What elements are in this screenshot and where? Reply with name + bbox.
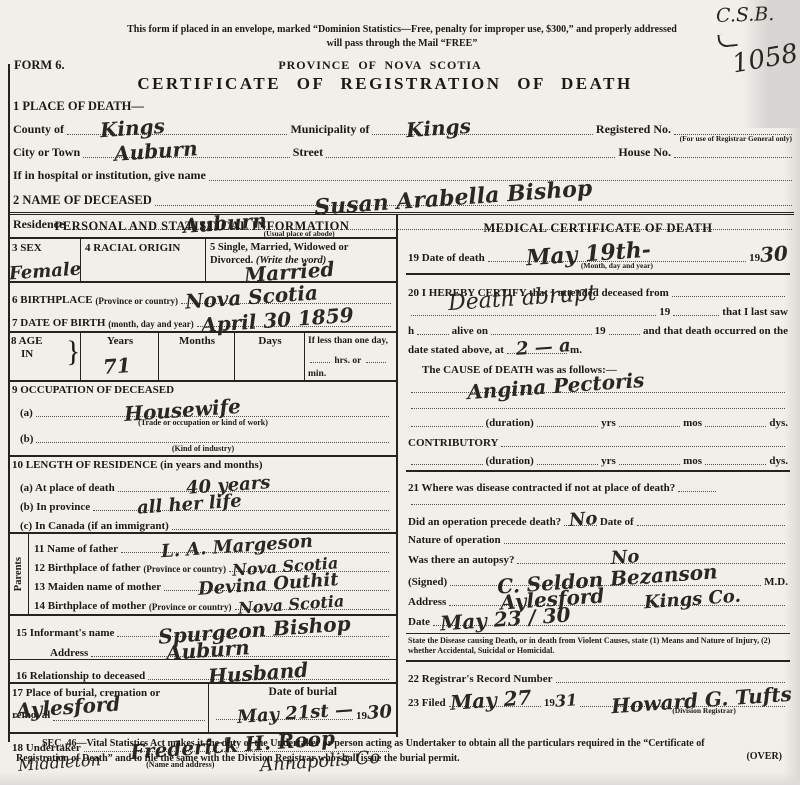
filed-year-prefix: 19 bbox=[544, 697, 555, 709]
burial-date-value: May 21st — bbox=[236, 701, 353, 727]
relationship-block: 16 Relationship to deceased Husband bbox=[8, 660, 396, 684]
racial-origin-cell: 4 RACIAL ORIGIN bbox=[81, 239, 206, 281]
certify-line4: date stated above, at 2 — a m. bbox=[406, 337, 790, 356]
burial-date-label: Date of burial bbox=[213, 686, 392, 698]
residence-b-row: (b) In province all her life bbox=[12, 494, 394, 513]
residence-b-label: (b) In province bbox=[20, 501, 90, 513]
personal-section: PERSONAL AND STATISTICAL INFORMATION 3 S… bbox=[8, 215, 398, 737]
occupation-block: 9 OCCUPATION OF DECEASED (a) Housewife (… bbox=[8, 382, 396, 457]
certify-from-field bbox=[672, 296, 785, 297]
street-label: Street bbox=[293, 145, 323, 160]
registered-no-note: (For use of Registrar General only) bbox=[680, 134, 792, 143]
age-months-label: Months bbox=[179, 335, 215, 347]
informant-row: 15 Informant's name Spurgeon Bishop bbox=[12, 618, 394, 639]
age-box: 8 AGE IN } Years 71 Months Days If less … bbox=[8, 331, 396, 382]
mother-label: 13 Maiden name of mother bbox=[34, 581, 161, 593]
duration-label-1: (duration) bbox=[486, 417, 534, 429]
age-less-label: If less than one day, bbox=[308, 335, 394, 347]
mother-field: Devina Outhit bbox=[164, 590, 389, 591]
operation-date-label: Date of bbox=[600, 516, 634, 528]
father-birthplace-label: 12 Birthplace of father bbox=[34, 562, 141, 574]
registered-no-label: Registered No. bbox=[596, 122, 671, 137]
parents-label: Parents bbox=[13, 557, 24, 591]
document-title: CERTIFICATE OF REGISTRATION OF DEATH bbox=[0, 74, 770, 94]
sex-label: 3 SEX bbox=[12, 242, 42, 254]
division-registrar-note: (Division Registrar) bbox=[672, 706, 736, 715]
nature-label: Nature of operation bbox=[408, 534, 501, 546]
duration-label-2: (duration) bbox=[486, 455, 534, 467]
occupation-a-field: Housewife bbox=[36, 416, 389, 417]
place-of-death-label: 1 PLACE OF DEATH— bbox=[13, 99, 144, 114]
deceased-name-field: Susan Arabella Bishop bbox=[155, 205, 792, 206]
date-of-death-field: May 19th- (Month, day and year) bbox=[488, 261, 746, 262]
physician-address-row: Address Aylesford Kings Co. bbox=[406, 588, 790, 608]
duration-row-2: (duration) yrs mos dys. bbox=[406, 449, 790, 467]
mother-birthplace-label: 14 Birthplace of mother bbox=[34, 600, 146, 612]
date-of-death-label: 19 Date of death bbox=[408, 252, 485, 264]
relationship-value: Husband bbox=[208, 660, 309, 687]
informant-address-field: Auburn bbox=[91, 656, 389, 657]
violent-death-note: State the Disease causing Death, or in d… bbox=[406, 633, 790, 662]
duration-dys-field-2 bbox=[705, 464, 766, 465]
physician-address-label: Address bbox=[408, 596, 446, 608]
mos-label-1: mos bbox=[683, 417, 702, 429]
dys-label-2: dys. bbox=[769, 455, 788, 467]
length-of-residence-block: 10 LENGTH OF RESIDENCE (in years and mon… bbox=[8, 457, 396, 534]
death-certificate-document: C.S.B. 1058 This form if placed in an en… bbox=[0, 0, 800, 785]
occupation-a-row: (a) Housewife bbox=[12, 400, 394, 419]
age-brace: } bbox=[63, 333, 80, 380]
age-label: 8 AGE bbox=[11, 335, 61, 348]
informant-block: 15 Informant's name Spurgeon Bishop Addr… bbox=[8, 616, 396, 660]
residence-c-field bbox=[172, 529, 389, 530]
burial-block: 17 Place of burial, cremation or removal… bbox=[8, 684, 396, 734]
date-of-death-note: (Month, day and year) bbox=[581, 261, 653, 270]
age-label-cell: 8 AGE IN bbox=[8, 333, 63, 380]
footer-note: (OVER) SEC. 46—Vital Statistics Act make… bbox=[16, 737, 782, 766]
sec46-text: SEC. 46—Vital Statistics Act makes it th… bbox=[16, 737, 782, 766]
duration-yrs-field-1 bbox=[537, 426, 598, 427]
filed-date-value: May 27 bbox=[450, 687, 533, 713]
dys-label-1: dys. bbox=[769, 417, 788, 429]
certify-year3: 19 bbox=[595, 325, 606, 337]
occupation-b-field bbox=[36, 442, 389, 443]
envelope-note: This form if placed in an envelope, mark… bbox=[88, 23, 716, 50]
marginalia-initials: C.S.B. bbox=[716, 5, 775, 26]
father-row: 11 Name of father L. A. Margeson bbox=[34, 536, 394, 555]
dob-label: 7 DATE OF BIRTH bbox=[12, 317, 105, 329]
municipality-label: Municipality of bbox=[290, 122, 369, 137]
autopsy-label: Was there an autopsy? bbox=[408, 554, 514, 566]
form-body: PERSONAL AND STATISTICAL INFORMATION 3 S… bbox=[8, 212, 794, 737]
time-value: 2 — a bbox=[515, 337, 571, 359]
physician-date-label: Date bbox=[408, 616, 430, 628]
age-days-cell: Days bbox=[234, 333, 304, 380]
registrar-record-row: 22 Registrar's Record Number bbox=[406, 662, 790, 685]
hrs-field bbox=[310, 362, 330, 363]
contributory-row: CONTRIBUTORY bbox=[406, 429, 790, 449]
relationship-field: Husband bbox=[148, 679, 389, 680]
hospital-label: If in hospital or institution, give name bbox=[13, 168, 206, 183]
residence-b-field: all her life bbox=[93, 510, 389, 511]
house-no-field bbox=[674, 157, 792, 158]
certify-alive-text: alive on bbox=[452, 325, 488, 337]
filed-row: 23 Filed May 27 19 31 Howard G. Tufts (D… bbox=[406, 685, 790, 709]
age-days-label: Days bbox=[258, 335, 281, 347]
registered-no-field: (For use of Registrar General only) bbox=[674, 134, 792, 135]
certify-to-field bbox=[411, 315, 656, 316]
duration-lead-2 bbox=[411, 464, 483, 465]
city-label: City or Town bbox=[13, 145, 80, 160]
certify-time-label: date stated above, at bbox=[408, 344, 504, 356]
cause-field: Angina Pectoris bbox=[411, 392, 785, 393]
filed-year-value: 31 bbox=[554, 692, 577, 710]
age-years-cell: Years 71 bbox=[80, 333, 158, 380]
mother-row: 13 Maiden name of mother Devina Outhit bbox=[34, 574, 394, 593]
filed-date-field: May 27 bbox=[449, 706, 541, 707]
nature-row: Nature of operation bbox=[406, 528, 790, 546]
physician-date-value: May 23 / 30 bbox=[439, 604, 571, 633]
envelope-note-line1: This form if placed in an envelope, mark… bbox=[88, 23, 716, 37]
certify-occurred-text: and that death occurred on the bbox=[643, 325, 788, 337]
hrs-label: hrs. or bbox=[334, 356, 361, 366]
city-field: Auburn bbox=[83, 157, 290, 158]
province-heading: PROVINCE OF NOVA SCOTIA bbox=[0, 58, 760, 73]
occupation-b-label: (b) bbox=[20, 433, 33, 445]
physician-address-field: Aylesford Kings Co. bbox=[449, 605, 785, 606]
autopsy-row: Was there an autopsy? No bbox=[406, 546, 790, 566]
burial-date-cell: Date of burial May 21st — 19 30 bbox=[208, 684, 396, 732]
racial-origin-label: 4 RACIAL ORIGIN bbox=[85, 242, 180, 254]
medical-section: MEDICAL CERTIFICATE OF DEATH 19 Date of … bbox=[398, 215, 794, 737]
certify-h-field bbox=[417, 334, 448, 335]
residence-a-row: (a) At place of death 40 years bbox=[12, 475, 394, 494]
certify-year2: 19 bbox=[659, 306, 670, 318]
age-years-label: Years bbox=[107, 335, 133, 347]
registrar-record-field bbox=[556, 682, 786, 683]
informant-field: Spurgeon Bishop bbox=[117, 636, 389, 637]
certify-lastsaw-text: that I last saw bbox=[722, 306, 788, 318]
informant-address-row: Address Auburn bbox=[12, 639, 394, 659]
relationship-label: 16 Relationship to deceased bbox=[16, 670, 145, 682]
informant-label: 15 Informant's name bbox=[16, 627, 114, 639]
burial-place-cell: 17 Place of burial, cremation or removal… bbox=[8, 684, 208, 732]
sex-value: Female bbox=[8, 261, 81, 284]
physician-date-row: Date May 23 / 30 bbox=[406, 608, 790, 628]
over-label: (OVER) bbox=[746, 750, 782, 765]
birthplace-note: (Province or country) bbox=[95, 296, 178, 306]
certify-time-field: 2 — a bbox=[507, 353, 567, 354]
duration-mos-field-1 bbox=[619, 426, 680, 427]
house-no-label: House No. bbox=[618, 145, 671, 160]
registrar-signature-field: Howard G. Tufts (Division Registrar) bbox=[580, 706, 785, 707]
informant-address-value: Auburn bbox=[165, 637, 250, 663]
dob-field: April 30 1859 bbox=[197, 326, 391, 327]
mother-birthplace-note: (Province or country) bbox=[149, 602, 232, 612]
father-field: L. A. Margeson bbox=[121, 552, 389, 553]
q21-field-2 bbox=[411, 504, 785, 505]
medical-section-header: MEDICAL CERTIFICATE OF DEATH bbox=[406, 215, 790, 239]
duration-lead-1 bbox=[411, 426, 483, 427]
occupation-b-note: (Kind of industry) bbox=[12, 445, 394, 455]
operation-label: Did an operation precede death? bbox=[408, 516, 561, 528]
birthplace-field: Nova Scotia bbox=[181, 303, 391, 304]
signed-label: (Signed) bbox=[408, 576, 447, 588]
physician-date-field: May 23 / 30 bbox=[433, 625, 785, 626]
operation-row: Did an operation precede death? No Date … bbox=[406, 507, 790, 528]
rule-after-19 bbox=[406, 273, 790, 275]
dod-year-value: 30 bbox=[759, 243, 788, 265]
parents-body: 11 Name of father L. A. Margeson 12 Birt… bbox=[28, 534, 396, 614]
parents-strip: Parents bbox=[8, 534, 28, 614]
cause-field-2 bbox=[411, 408, 785, 409]
min-field bbox=[366, 362, 386, 363]
occupation-a-label: (a) bbox=[20, 407, 33, 419]
cause-extra-row bbox=[406, 395, 790, 411]
q21-label: 21 Where was disease contracted if not a… bbox=[408, 482, 675, 494]
county-label: County of bbox=[13, 122, 64, 137]
informant-address-label: Address bbox=[50, 647, 88, 659]
certify-line3: h alive on 19 and that death occurred on… bbox=[406, 318, 790, 337]
relationship-row: 16 Relationship to deceased Husband bbox=[12, 662, 394, 682]
yrs-label-1: yrs bbox=[601, 417, 616, 429]
scan-shadow-bottom bbox=[0, 771, 800, 785]
length-residence-label: 10 LENGTH OF RESIDENCE (in years and mon… bbox=[12, 459, 394, 475]
age-less-cell: If less than one day, hrs. or min. bbox=[304, 333, 396, 380]
residence-a-label: (a) At place of death bbox=[20, 482, 115, 494]
residence-a-field: 40 years bbox=[118, 491, 389, 492]
yrs-label-2: yrs bbox=[601, 455, 616, 467]
burial-date-field: May 21st — bbox=[216, 719, 353, 720]
min-label: min. bbox=[308, 369, 326, 379]
residence-c-row: (c) In Canada (if an immigrant) bbox=[12, 513, 394, 532]
dod-year-prefix: 19 bbox=[749, 252, 760, 264]
cause-value-row: Angina Pectoris bbox=[406, 376, 790, 395]
filed-label: 23 Filed bbox=[408, 697, 446, 709]
q21-field bbox=[678, 491, 715, 492]
envelope-note-line2: will pass through the Mail “FREE” bbox=[88, 37, 716, 51]
sex-race-marital-row: 3 SEX Female 4 RACIAL ORIGIN 5 Single, M… bbox=[8, 239, 396, 283]
md-label: M.D. bbox=[764, 576, 788, 588]
duration-yrs-field-2 bbox=[537, 464, 598, 465]
certify-alive-field bbox=[491, 334, 592, 335]
burial-place-field bbox=[53, 720, 205, 721]
personal-section-header: PERSONAL AND STATISTICAL INFORMATION bbox=[8, 215, 396, 239]
father-birthplace-note: (Province or country) bbox=[143, 564, 226, 574]
age-label-in: IN bbox=[11, 348, 61, 361]
registrar-record-label: 22 Registrar's Record Number bbox=[408, 673, 553, 685]
duration-row-1: (duration) yrs mos dys. bbox=[406, 411, 790, 429]
birthplace-label: 6 BIRTHPLACE bbox=[12, 294, 93, 306]
deceased-name-label: 2 NAME OF DECEASED bbox=[13, 193, 152, 208]
certify-year2-field bbox=[673, 315, 719, 316]
operation-date-field bbox=[637, 525, 785, 526]
duration-dys-field-1 bbox=[705, 426, 766, 427]
date-of-death-row: 19 Date of death May 19th- (Month, day a… bbox=[406, 239, 790, 264]
occupation-b-row: (b) bbox=[12, 429, 394, 445]
certify-m-label: m. bbox=[570, 344, 582, 356]
dob-note: (month, day and year) bbox=[108, 319, 194, 329]
marital-value: Married bbox=[243, 259, 335, 285]
certify-year3-field bbox=[609, 334, 640, 335]
age-years-value: 71 bbox=[102, 355, 131, 377]
parents-block: Parents 11 Name of father L. A. Margeson… bbox=[8, 534, 396, 616]
pen-stroke-mark bbox=[717, 33, 737, 48]
county-field: Kings bbox=[67, 134, 287, 135]
street-field bbox=[326, 157, 615, 158]
operation-value: No bbox=[568, 510, 598, 530]
duration-mos-field-2 bbox=[619, 464, 680, 465]
birthplace-row: 6 BIRTHPLACE (Province or country) Nova … bbox=[8, 283, 396, 306]
municipality-field: Kings bbox=[372, 134, 592, 135]
nature-field bbox=[504, 543, 785, 544]
q21-row: 21 Where was disease contracted if not a… bbox=[406, 472, 790, 494]
city-value: Auburn bbox=[114, 138, 199, 164]
burial-year-value: 30 bbox=[366, 703, 392, 723]
municipality-value: Kings bbox=[405, 116, 471, 140]
contributory-label: CONTRIBUTORY bbox=[408, 437, 498, 449]
burial-year-prefix: 19 bbox=[356, 710, 367, 722]
mos-label-2: mos bbox=[683, 455, 702, 467]
certify-h: h bbox=[408, 325, 414, 337]
marital-cell: 5 Single, Married, Widowed or Divorced. … bbox=[206, 239, 396, 281]
residence-c-label: (c) In Canada (if an immigrant) bbox=[20, 520, 169, 532]
operation-field: No bbox=[564, 525, 597, 526]
age-months-cell: Months bbox=[158, 333, 234, 380]
county-value: Kings bbox=[99, 116, 165, 140]
certify-block: 20 I HEREBY CERTIFY that I attended dece… bbox=[406, 280, 790, 356]
signed-field: C. Seldon Bezanson bbox=[450, 585, 761, 586]
sex-cell: 3 SEX Female bbox=[8, 239, 81, 281]
father-label: 11 Name of father bbox=[34, 543, 118, 555]
mother-birthplace-field: Nova Scotia bbox=[235, 609, 389, 610]
q21-extra-row bbox=[406, 494, 790, 507]
contributory-field bbox=[501, 446, 785, 447]
